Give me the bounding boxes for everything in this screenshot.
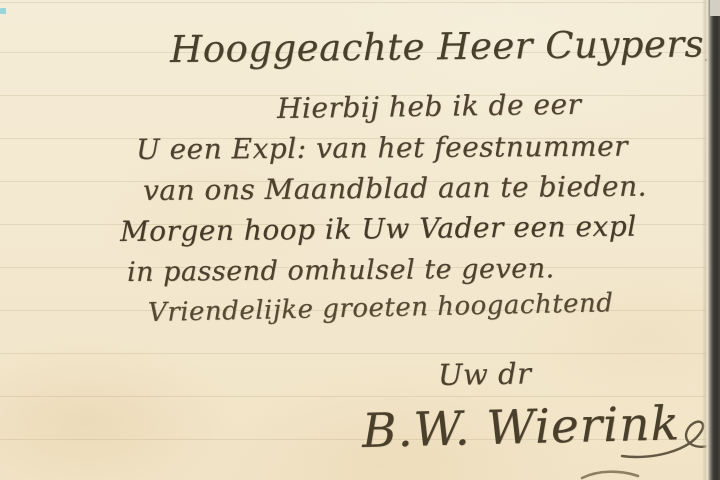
body-line-5: in passend omhulsel te geven. [127,253,555,288]
body-line-4: Morgen hoop ik Uw Vader een expl [120,210,637,248]
cutoff-writing-fragment [580,468,640,480]
closing-line: Uw dr [438,356,532,392]
scan-edge-notch [710,0,720,16]
letter-scan: Hooggeachte Heer Cuypers, Hierbij heb ik… [0,0,720,480]
signature-flourish [620,416,710,464]
body-line-1: Hierbij heb ik de eer [277,88,582,125]
scan-edge-shadow [702,0,720,480]
salutation-line: Hooggeachte Heer Cuypers, [170,22,717,71]
body-line-2: U een Expl: van het feestnummer [136,130,628,166]
body-line-3: van ons Maandblad aan te bieden. [143,170,647,207]
scan-artifact-mark [0,8,6,14]
